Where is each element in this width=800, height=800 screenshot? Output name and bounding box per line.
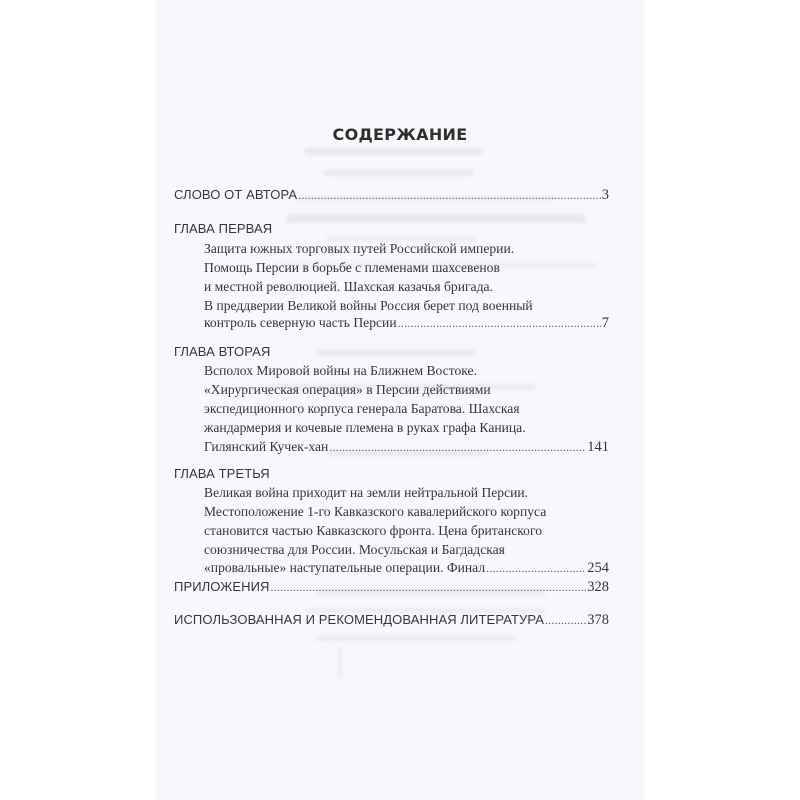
chapter-description-line: становится частью Кавказского фронта. Це… [204, 521, 542, 540]
toc-page-number: 254 [587, 559, 609, 578]
toc-entry-chapter-1[interactable]: контроль северную часть Персии 7 [204, 313, 609, 333]
toc-entry-label: ПРИЛОЖЕНИЯ [174, 577, 270, 596]
chapter-description-line: Местоположение 1-го Кавказского кавалери… [204, 502, 546, 521]
page-title: СОДЕРЖАНИЕ [0, 125, 800, 144]
toc-page-number: 7 [602, 314, 609, 333]
table-of-contents: СОДЕРЖАНИЕ СЛОВО ОТ АВТОРА 3 ГЛАВА ПЕРВА… [0, 0, 800, 800]
toc-entry-label: ИСПОЛЬЗОВАННАЯ И РЕКОМЕНДОВАННАЯ ЛИТЕРАТ… [174, 610, 544, 629]
toc-entry-appendices[interactable]: ПРИЛОЖЕНИЯ 328 [174, 577, 609, 597]
leader-dots [271, 578, 587, 597]
leader-dots [329, 438, 586, 457]
toc-entry-chapter-3[interactable]: «провальные» наступательные операции. Фи… [204, 558, 609, 578]
chapter-heading: ГЛАВА ВТОРАЯ [174, 342, 270, 361]
leader-dots [486, 559, 586, 578]
chapter-description-line: экспедиционного корпуса генерала Баратов… [204, 399, 520, 418]
leader-dots [545, 611, 586, 630]
toc-entry-literature[interactable]: ИСПОЛЬЗОВАННАЯ И РЕКОМЕНДОВАННАЯ ЛИТЕРАТ… [174, 610, 609, 630]
toc-entry-label: СЛОВО ОТ АВТОРА [174, 185, 297, 204]
chapter-heading: ГЛАВА ПЕРВАЯ [174, 219, 272, 238]
toc-entry-author-note[interactable]: СЛОВО ОТ АВТОРА 3 [174, 185, 609, 205]
toc-entry-label: Гилянский Кучек-хан [204, 437, 328, 456]
toc-page-number: 328 [587, 578, 609, 597]
toc-page-number: 378 [587, 611, 609, 630]
chapter-description-line: Великая война приходит на земли нейтраль… [204, 483, 528, 502]
chapter-description-line: жандармерия и кочевые племена в руках гр… [204, 418, 526, 437]
leader-dots [398, 314, 601, 333]
chapter-description-line: «Хирургическая операция» в Персии действ… [204, 380, 491, 399]
leader-dots [298, 186, 601, 205]
chapter-description-line: и местной революцией. Шахская казачья бр… [204, 277, 493, 296]
chapter-description-line: Помощь Персии в борьбе с племенами шахсе… [204, 258, 500, 277]
toc-entry-label: «провальные» наступательные операции. Фи… [204, 558, 485, 577]
chapter-heading: ГЛАВА ТРЕТЬЯ [174, 464, 270, 483]
toc-entry-chapter-2[interactable]: Гилянский Кучек-хан 141 [204, 437, 609, 457]
chapter-description-line: Всполох Мировой войны на Ближнем Востоке… [204, 361, 477, 380]
chapter-description-line: союзничества для России. Мосульская и Ба… [204, 540, 505, 559]
toc-page-number: 141 [587, 438, 609, 457]
chapter-description-line: Защита южных торговых путей Российской и… [204, 239, 514, 258]
toc-page-number: 3 [602, 186, 609, 205]
toc-entry-label: контроль северную часть Персии [204, 313, 397, 332]
